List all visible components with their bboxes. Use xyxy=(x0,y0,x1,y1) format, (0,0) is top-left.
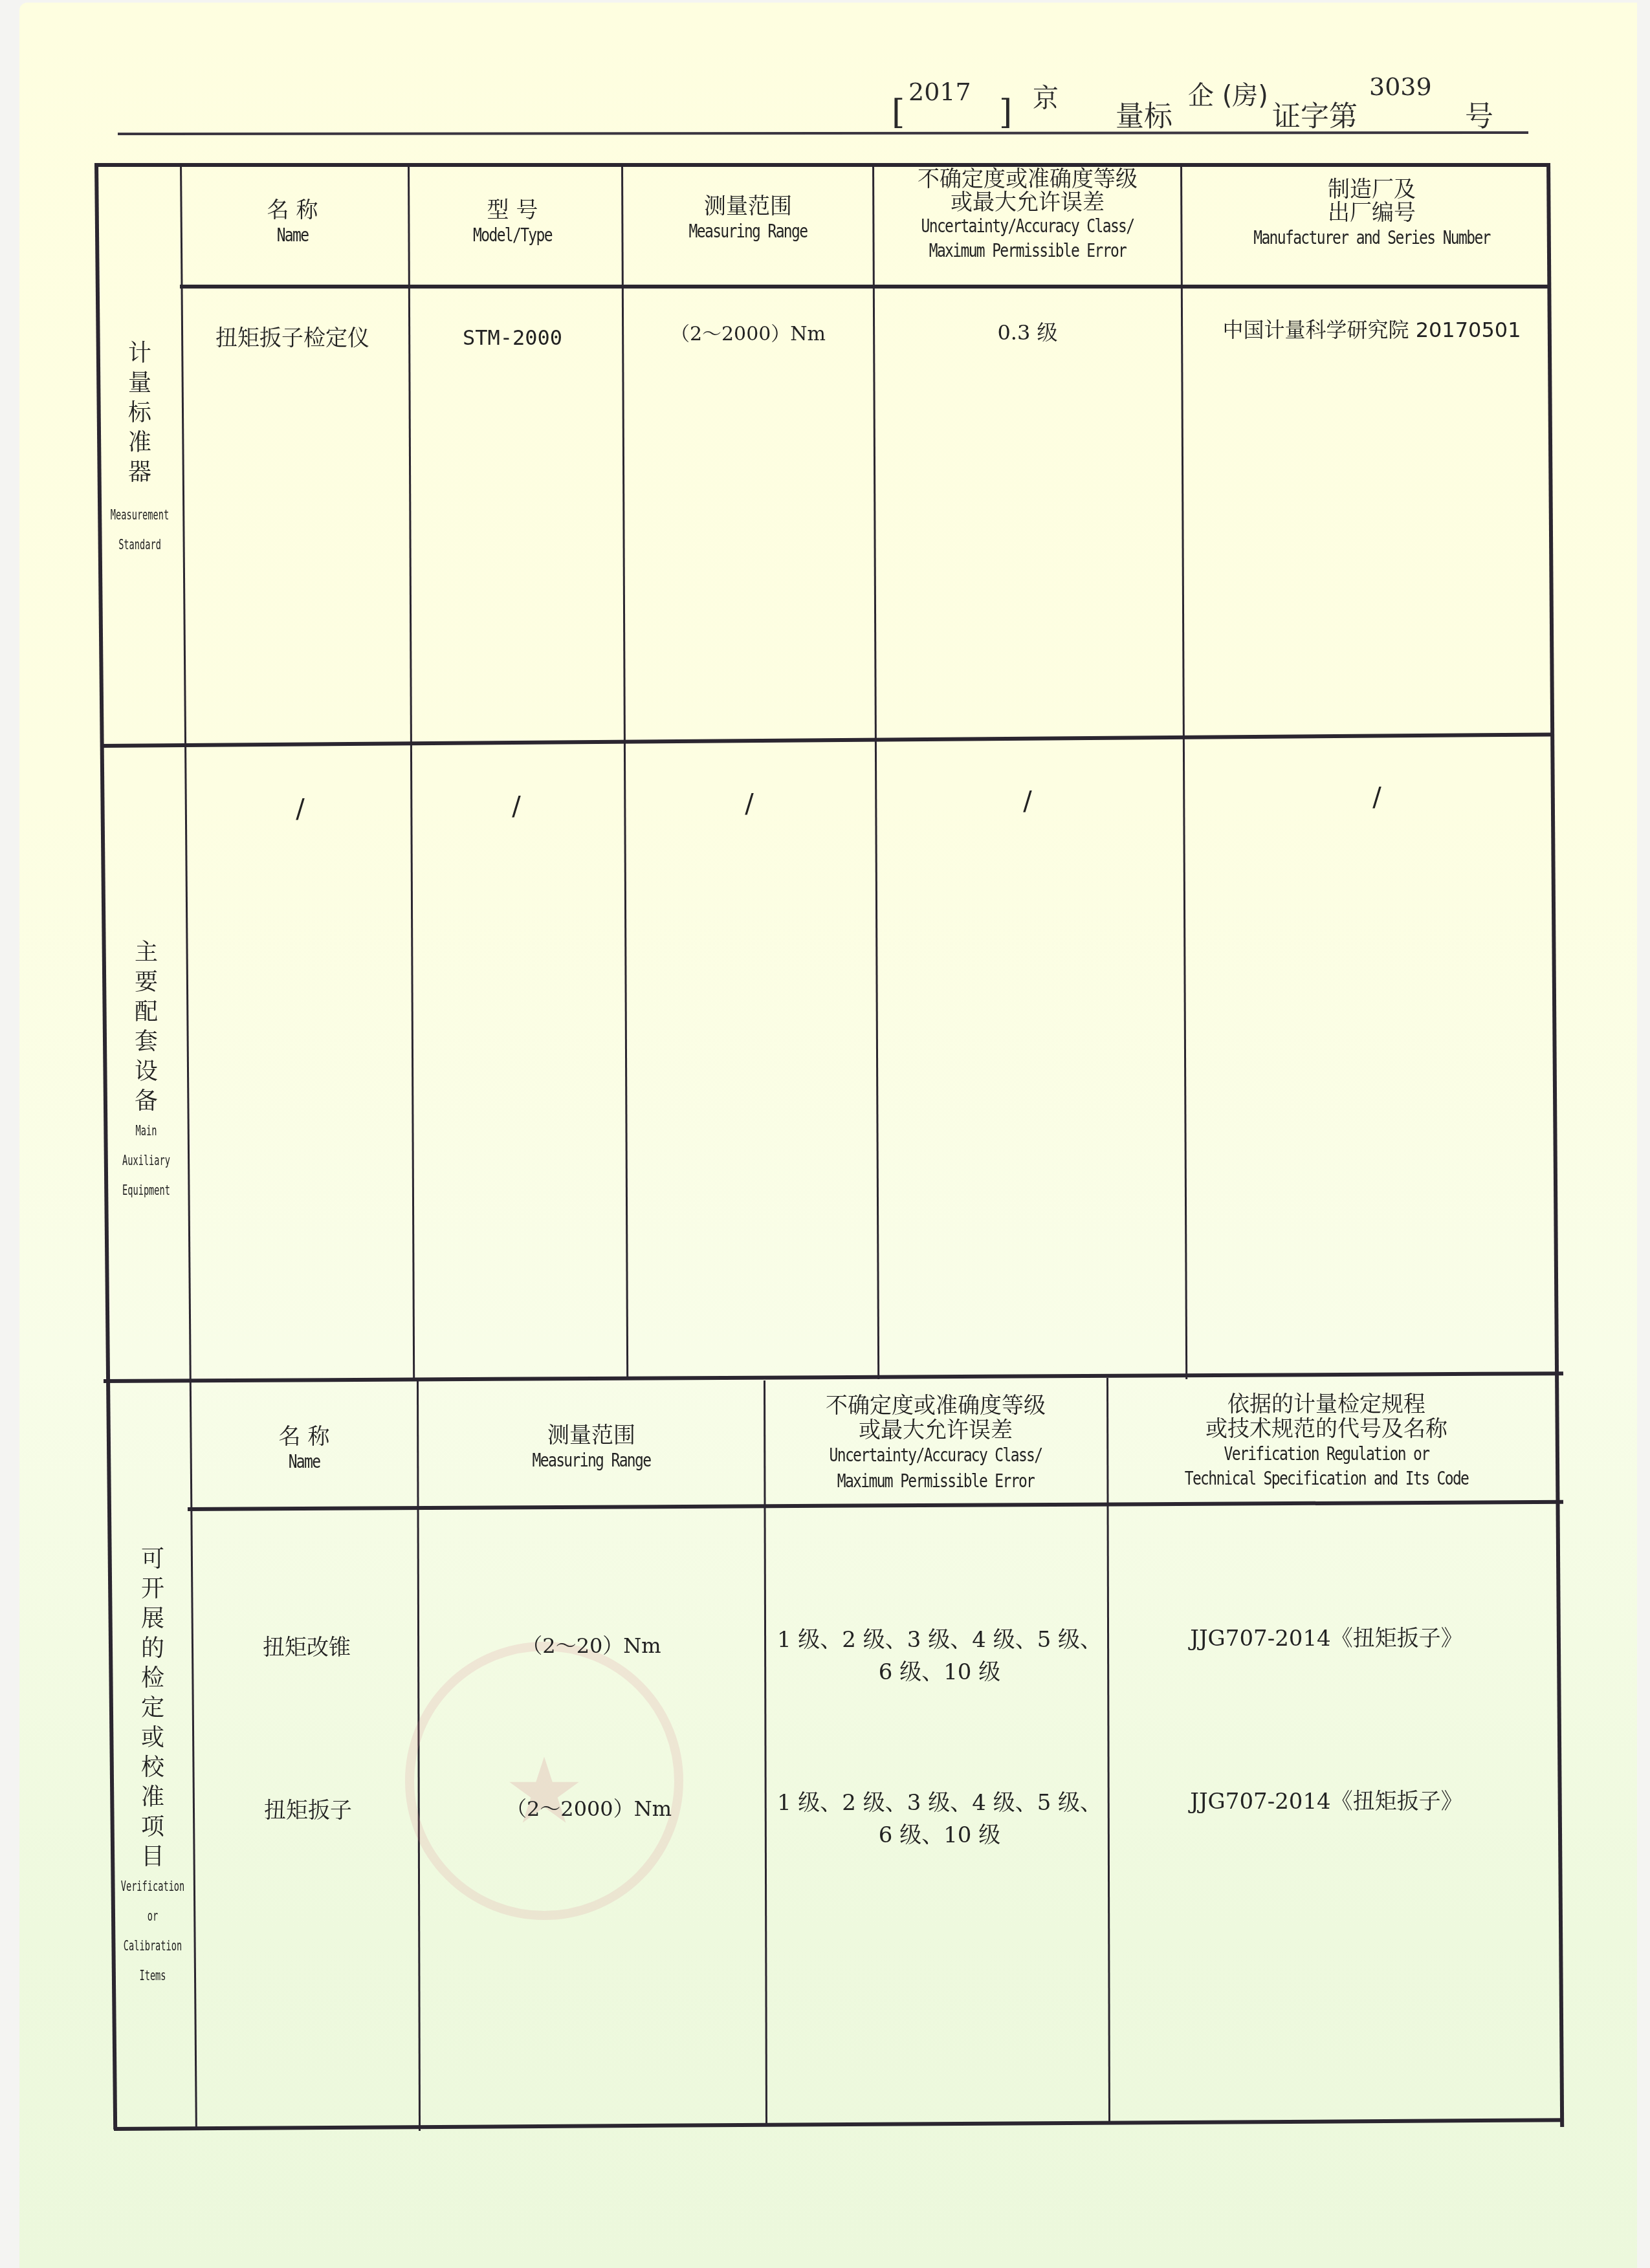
label-en: Verification xyxy=(121,1872,185,1902)
calibration-items-label: 可 开 展 的 检 定 或 校 准 项 目 Verification or Ca… xyxy=(102,1545,204,1991)
cert-year: 2017 xyxy=(908,78,971,106)
column-divider-accuracy-manufacturer xyxy=(1180,163,1187,1379)
item-regulation: JJG707-2014《扭矩扳子》 xyxy=(1190,1789,1462,1815)
standard-accuracy: 0.3 级 xyxy=(997,321,1057,345)
item-col-regulation-cn-1: 依据的计量检定规程 xyxy=(1227,1392,1425,1417)
item-range: （2～2000）Nm xyxy=(506,1797,672,1821)
col-manufacturer-cn-1: 制造厂及 xyxy=(1328,177,1416,202)
label-char: 准 xyxy=(93,428,187,458)
col-model-cn: 型 号 xyxy=(487,198,538,223)
bracket-close: ] xyxy=(999,93,1012,132)
col-name-en: Name xyxy=(277,225,309,246)
star-icon: ★ xyxy=(503,1739,585,1844)
cert-number: 3039 xyxy=(1369,72,1432,101)
label-char: 展 xyxy=(102,1604,204,1634)
item-accuracy-line-1: 1 级、2 级、3 级、4 级、5 级、 xyxy=(777,1791,1102,1816)
col-range-cn: 测量范围 xyxy=(704,194,792,219)
section-divider-1 xyxy=(101,732,1553,748)
item-col-regulation-en-2: Technical Specification and Its Code xyxy=(1185,1468,1469,1489)
item-accuracy-line-2: 6 级、10 级 xyxy=(879,1660,1001,1685)
auxiliary-manufacturer: / xyxy=(1372,783,1381,812)
label-en: Calibration xyxy=(121,1932,185,1961)
label-en: Main xyxy=(122,1117,170,1146)
header-rule xyxy=(118,131,1528,135)
table-right-border xyxy=(1546,163,1564,2127)
column-divider-model-range xyxy=(621,163,628,1379)
label-char: 标 xyxy=(93,398,187,428)
label-char: 准 xyxy=(102,1783,204,1813)
col-model-en: Model/Type xyxy=(473,225,552,246)
auxiliary-accuracy: / xyxy=(1023,787,1031,816)
label-en: Auxiliary xyxy=(122,1146,170,1176)
item-name: 扭矩改锥 xyxy=(263,1635,351,1661)
item-name: 扭矩扳子 xyxy=(264,1798,352,1824)
label-char: 量 xyxy=(93,369,187,398)
label-char: 或 xyxy=(102,1723,204,1753)
col-manufacturer-cn-2: 出厂编号 xyxy=(1328,201,1416,226)
column-divider-range-accuracy xyxy=(872,163,879,1379)
label-char: 计 xyxy=(93,339,187,369)
col-name-cn: 名 称 xyxy=(267,198,318,223)
cert-type: 企 (房) xyxy=(1188,75,1268,112)
col-accuracy-en-1: Uncertainty/Accuracy Class/ xyxy=(921,216,1134,237)
section-divider-2 xyxy=(104,1371,1563,1383)
auxiliary-equipment-label: 主 要 配 套 设 备 Main Auxiliary Equipment xyxy=(107,938,184,1206)
label-char: 要 xyxy=(107,968,184,998)
label-char: 配 xyxy=(107,998,184,1027)
item-col-name-cn: 名 称 xyxy=(279,1424,330,1450)
label-en: Equipment xyxy=(122,1176,170,1206)
label-char: 备 xyxy=(107,1087,184,1117)
item-col-accuracy-en-1: Uncertainty/Accuracy Class/ xyxy=(830,1445,1042,1466)
table-bottom-border xyxy=(114,2118,1563,2131)
measurement-standard-label: 计 量 标 准 器 Measurement Standard xyxy=(93,339,187,560)
label-char: 项 xyxy=(102,1813,204,1842)
item-col-accuracy-cn-2: 或最大允许误差 xyxy=(859,1418,1013,1443)
standard-model: STM-2000 xyxy=(463,326,562,350)
cert-mid: 证字第 xyxy=(1272,93,1358,135)
col-range-en: Measuring Range xyxy=(689,221,808,242)
label-char: 器 xyxy=(93,458,187,488)
col-manufacturer-en: Manufacturer and Series Number xyxy=(1253,228,1490,248)
label-en: Items xyxy=(121,1961,185,1991)
item-col-accuracy-en-2: Maximum Permissible Error xyxy=(837,1471,1035,1492)
standard-name: 扭矩扳子检定仪 xyxy=(215,326,369,351)
label-char: 主 xyxy=(107,938,184,968)
label-char: 可 xyxy=(102,1545,204,1575)
label-en: Standard xyxy=(111,530,169,560)
standard-range: （2～2000）Nm xyxy=(670,323,826,346)
standard-manufacturer: 中国计量科学研究院 20170501 xyxy=(1222,318,1521,342)
auxiliary-name: / xyxy=(296,794,304,824)
auxiliary-model: / xyxy=(512,792,520,822)
bracket-open: [ xyxy=(892,93,905,132)
label-char: 检 xyxy=(102,1664,204,1694)
label-en: Measurement xyxy=(111,501,169,530)
item-range: （2～20）Nm xyxy=(522,1634,661,1658)
header-bottom-border xyxy=(180,285,1550,289)
auxiliary-range: / xyxy=(745,789,753,819)
label-char: 定 xyxy=(102,1694,204,1723)
label-char: 开 xyxy=(102,1575,204,1604)
col-accuracy-cn-2: 或最大允许误差 xyxy=(951,190,1105,215)
label-char: 目 xyxy=(102,1842,204,1872)
item-col-name-en: Name xyxy=(289,1452,320,1472)
column-divider-item-range-accuracy xyxy=(764,1380,767,2124)
certificate-page: [ 2017 ] 京 量标 企 (房) 证字第 3039 号 xyxy=(19,3,1637,2268)
item-regulation: JJG707-2014《扭矩扳子》 xyxy=(1190,1626,1462,1652)
cert-prefix: 量标 xyxy=(1116,93,1172,135)
item-accuracy-line-1: 1 级、2 级、3 级、4 级、5 级、 xyxy=(777,1628,1102,1653)
label-char: 设 xyxy=(107,1057,184,1087)
item-col-regulation-en-1: Verification Regulation or xyxy=(1224,1444,1429,1465)
official-seal-stamp: ★ xyxy=(405,1642,683,1920)
item-col-regulation-cn-2: 或技术规范的代号及名称 xyxy=(1205,1417,1447,1442)
item-col-range-en: Measuring Range xyxy=(533,1450,651,1471)
table-top-border xyxy=(94,163,1550,167)
column-divider-name-model xyxy=(408,163,415,1379)
item-col-accuracy-cn-1: 不确定度或准确度等级 xyxy=(826,1393,1046,1419)
bottom-header-border xyxy=(188,1500,1563,1511)
item-accuracy-line-2: 6 级、10 级 xyxy=(879,1823,1001,1848)
label-char: 套 xyxy=(107,1027,184,1057)
col-accuracy-en-2: Maximum Permissible Error xyxy=(929,241,1127,261)
column-divider-item-accuracy-regulation xyxy=(1106,1378,1110,2124)
label-en: or xyxy=(121,1902,185,1932)
cert-region: 京 xyxy=(1033,78,1059,114)
item-col-range-cn: 测量范围 xyxy=(547,1423,635,1448)
label-char: 的 xyxy=(102,1634,204,1664)
label-char: 校 xyxy=(102,1753,204,1783)
cert-suffix: 号 xyxy=(1465,93,1493,135)
col-accuracy-cn-1: 不确定度或准确度等级 xyxy=(918,167,1138,192)
